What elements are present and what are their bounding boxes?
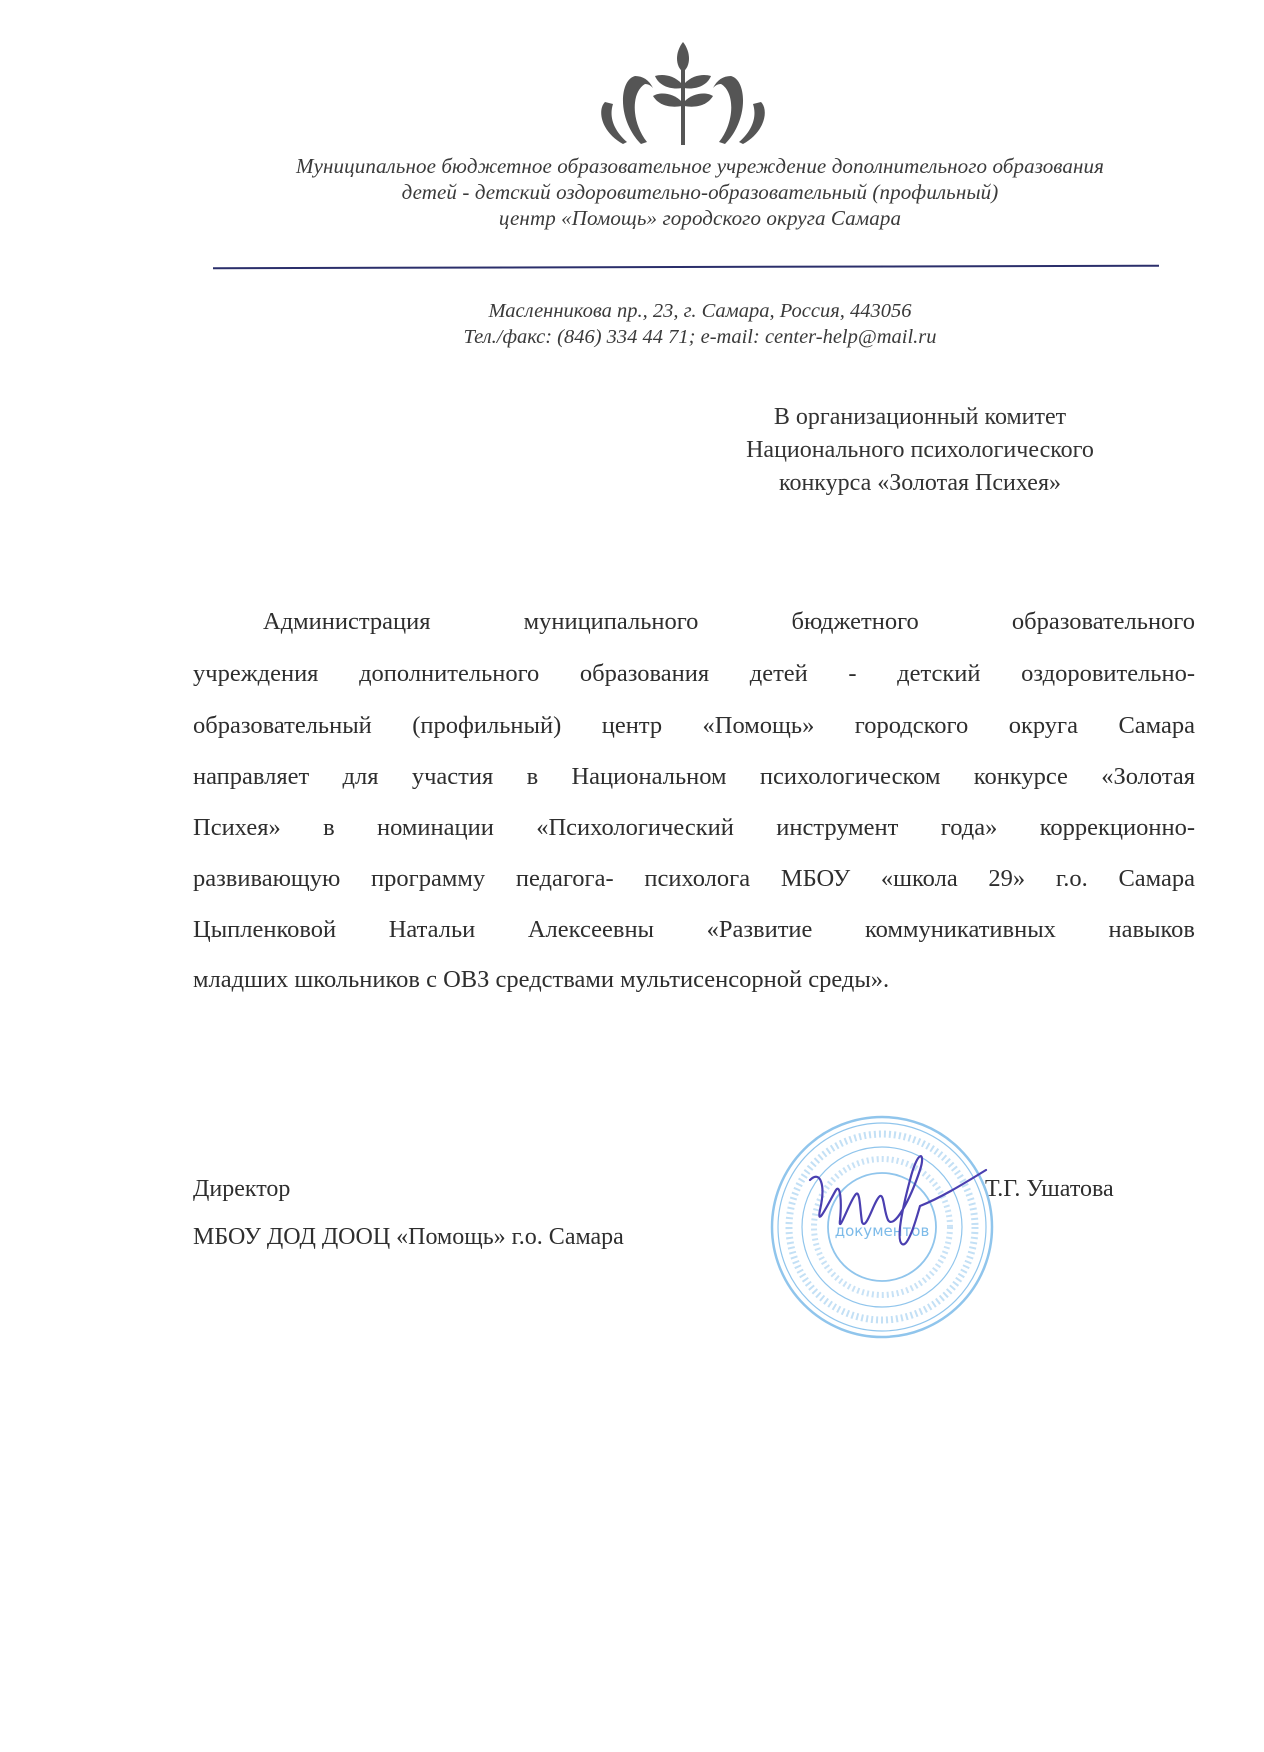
org-name-line-2: детей - детский оздоровительно-образоват… bbox=[150, 180, 1250, 205]
letter-body: Администрация муниципального бюджетного … bbox=[193, 608, 1195, 1028]
addressee-line-3: конкурса «Золотая Психея» bbox=[700, 470, 1140, 497]
organization-logo-icon bbox=[583, 40, 783, 145]
org-name-line-1: Муниципальное бюджетное образовательное … bbox=[150, 154, 1250, 179]
body-line-7: Цыпленковой Натальи Алексеевны «Развитие… bbox=[193, 916, 1195, 944]
org-name-line-3: центр «Помощь» городского округа Самара bbox=[150, 206, 1250, 231]
signatory-name: Т.Г. Ушатова bbox=[985, 1176, 1114, 1203]
addressee-block: В организационный комитет Национального … bbox=[700, 404, 1140, 504]
contacts-line: Тел./факс: (846) 334 44 71; e-mail: cent… bbox=[150, 326, 1250, 349]
handwritten-signature-icon bbox=[790, 1140, 990, 1260]
body-line-8: младших школьников с ОВЗ средствами муль… bbox=[193, 966, 1195, 994]
letterhead-divider bbox=[213, 265, 1159, 269]
body-line-2: учреждения дополнительного образования д… bbox=[193, 660, 1195, 688]
signatory-organization: МБОУ ДОД ДООЦ «Помощь» г.о. Самара bbox=[193, 1224, 624, 1251]
signatory-position: Директор bbox=[193, 1176, 290, 1203]
body-line-5: Психея» в номинации «Психологический инс… bbox=[193, 814, 1195, 842]
letterhead-org-name: Муниципальное бюджетное образовательное … bbox=[150, 154, 1250, 234]
addressee-line-2: Национального психологического bbox=[700, 437, 1140, 464]
address-line: Масленникова пр., 23, г. Самара, Россия,… bbox=[150, 300, 1250, 323]
body-line-4: направляет для участия в Национальном пс… bbox=[193, 763, 1195, 791]
body-line-6: развивающую программу педагога- психолог… bbox=[193, 865, 1195, 893]
letterhead-address: Масленникова пр., 23, г. Самара, Россия,… bbox=[150, 300, 1250, 352]
body-line-3: образовательный (профильный) центр «Помо… bbox=[193, 712, 1195, 740]
addressee-line-1: В организационный комитет bbox=[700, 404, 1140, 431]
body-line-1: Администрация муниципального бюджетного … bbox=[263, 608, 1195, 636]
